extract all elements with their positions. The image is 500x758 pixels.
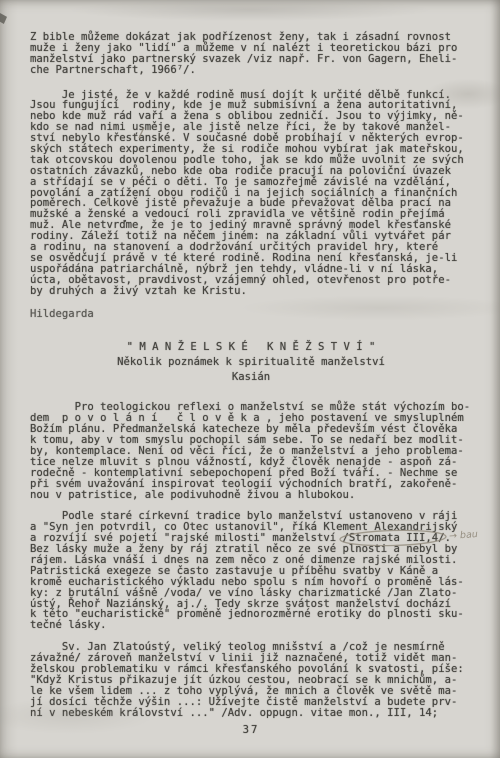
- text-line: ní v nebeském království ..." /Adv. oppu…: [30, 708, 472, 719]
- article-author: Kasián: [30, 370, 472, 385]
- text-line: kromě eucharistického výkladu nebo spolu…: [30, 577, 472, 588]
- intro-paragraph-2: Je jisté, že v každé rodině musí dojít k…: [30, 90, 472, 297]
- text-line: a střídají se v péči o děti. To je samoz…: [30, 177, 472, 188]
- scan-corner-artifact: [0, 13, 7, 24]
- text-line: jí dosíci těchže výšin ...: Užívejte čis…: [30, 697, 472, 708]
- text-line: rodečně - kontemplativní sebepochopení p…: [30, 468, 472, 479]
- article-subtitle: Několik poznámek k spiritualitě manželst…: [30, 355, 472, 370]
- text-line: che Partnerschaft, 1966⁷/.: [30, 65, 472, 76]
- text-line: při svém uvažování inspirovat teologií v…: [30, 479, 472, 490]
- pencil-circle-annotation: [338, 529, 448, 547]
- page-number: 37: [30, 724, 472, 736]
- scanned-document-page: Z bible můžeme dokázat jak podřízenost ž…: [0, 0, 500, 758]
- text-line: ky: z brutální vášně /voda/ ve víno lásk…: [30, 588, 472, 599]
- margin-note-handwriting: → bau: [449, 529, 479, 542]
- article-paragraph-1: Pro teologickou reflexi o manželství se …: [30, 402, 472, 500]
- text-line: le ke všem lidem ... z toho vyplývá, že …: [30, 686, 472, 697]
- intro-paragraph-1: Z bible můžeme dokázat jak podřízenost ž…: [30, 32, 472, 76]
- text-line: úcta, obětavost, pravdivost, vzájemný oh…: [30, 275, 472, 286]
- article-title: " M A N Ž E L S K É K N Ě Ž S T V Í ": [30, 340, 472, 355]
- signature-hildegarda: Hildegarda: [30, 309, 472, 320]
- pencil-arrow-mark: →: [449, 530, 458, 542]
- article-paragraph-3: Sv. Jan Zlatoústý, veliký teolog mnišstv…: [30, 642, 472, 718]
- margin-note-text: bau: [460, 529, 479, 541]
- text-line: nou v patristice, ale podivuhodně živou …: [30, 490, 472, 501]
- text-line: by druhých a živý vztah ke Kristu.: [30, 286, 472, 297]
- article-heading: " M A N Ž E L S K É K N Ě Ž S T V Í " Ně…: [30, 340, 472, 385]
- text-line: tečné lásky.: [30, 620, 472, 631]
